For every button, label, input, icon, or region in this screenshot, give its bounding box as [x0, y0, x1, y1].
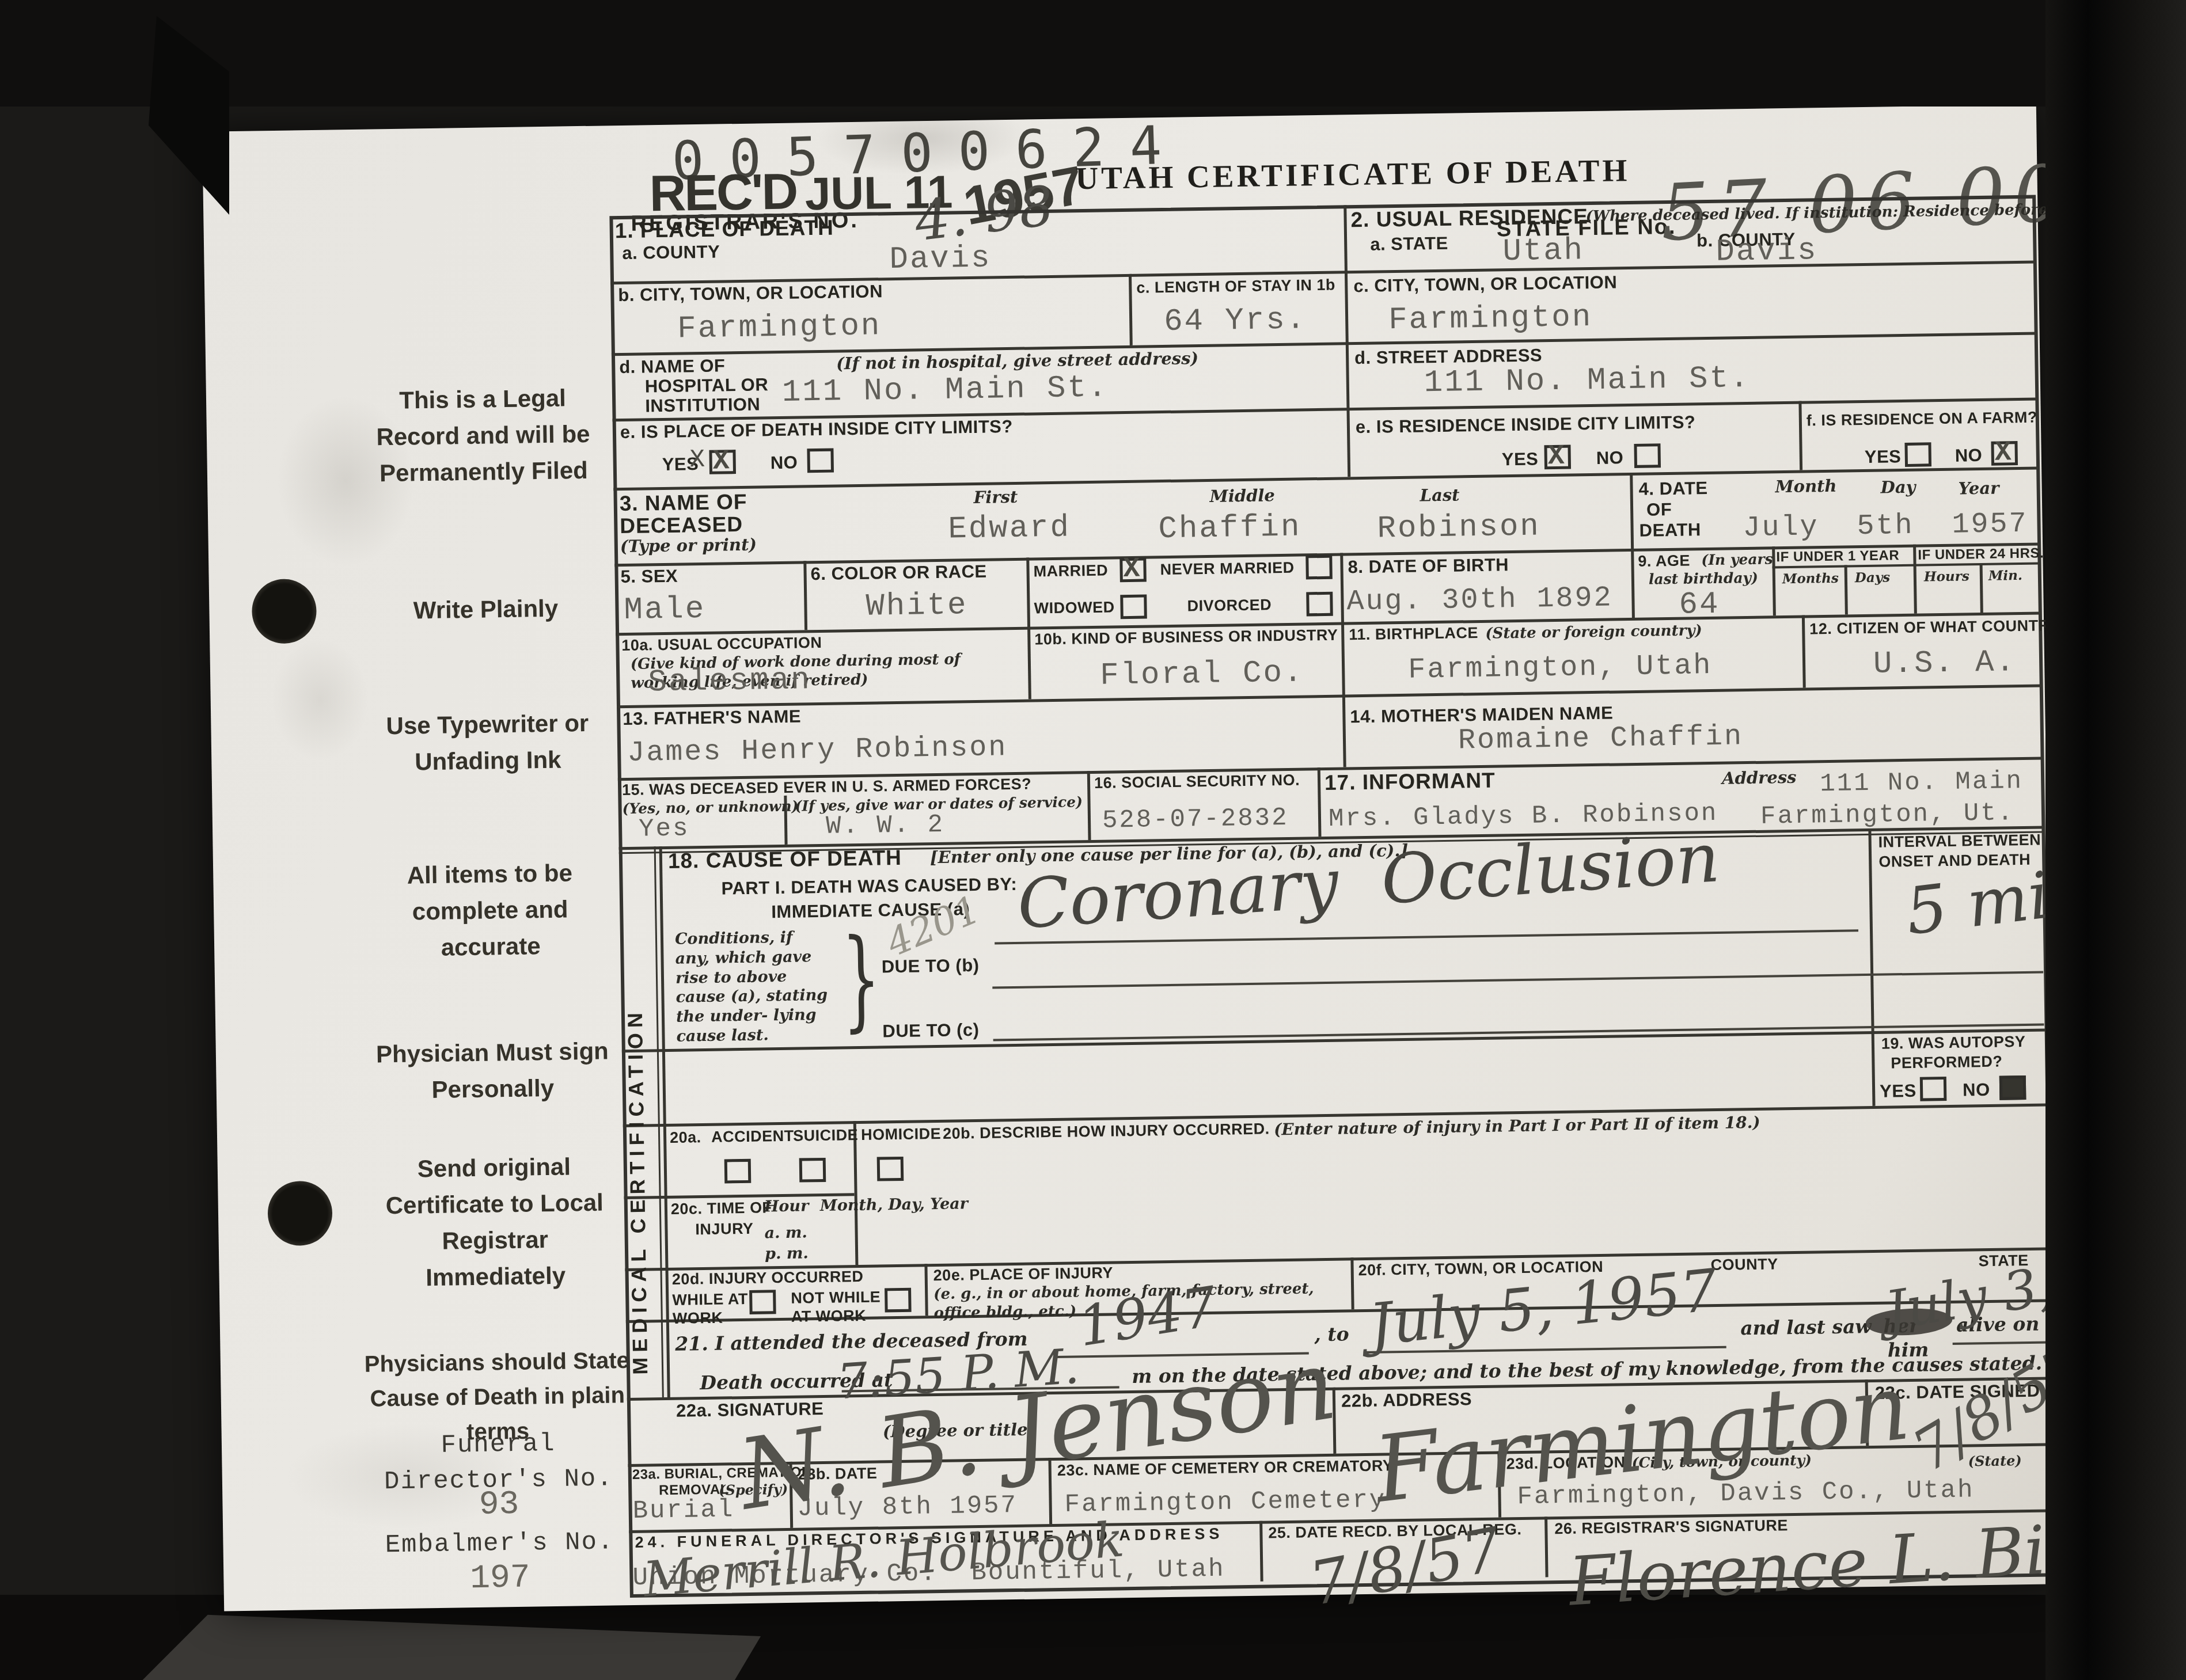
checkbox-married: X — [1119, 558, 1147, 583]
date-of-death-value: July 5th 1957 — [1743, 508, 2028, 545]
state-label: a. STATE — [1370, 233, 1448, 255]
first-name-value: Edward — [948, 510, 1071, 547]
type-or-print-note: (Type or print) — [620, 535, 757, 557]
x-mark: X — [1547, 441, 1565, 472]
year-header: Year — [1958, 478, 1999, 499]
age-note-2: last birthday) — [1649, 569, 1758, 588]
first-name-header: First — [973, 487, 1018, 507]
x-mark: X — [1994, 437, 2012, 468]
residence-city-label: c. CITY, TOWN, OR LOCATION — [1353, 272, 1617, 297]
hospital-label-3: INSTITUTION — [645, 394, 761, 416]
accident-label: ACCIDENT — [711, 1127, 794, 1146]
checkbox-farm-yes — [1904, 442, 1931, 467]
margin-note-legal-record: This is a Legal Record and will be Perma… — [362, 379, 605, 491]
am-label: a. m. — [764, 1223, 807, 1242]
burial-value: Burial — [632, 1495, 734, 1526]
time-of-injury-label-2: INJURY — [695, 1220, 753, 1238]
x-mark: X — [712, 446, 730, 477]
armed-forces-note-1: (Yes, no, or unknown) — [622, 798, 798, 818]
hospital-label-1: d. NAME OF — [619, 355, 726, 378]
at-work-label: AT WORK — [791, 1307, 867, 1326]
margin-note-physician-sign: Physician Must sign Personally — [371, 1032, 614, 1108]
item20a-number: 20a. — [670, 1128, 701, 1147]
race-value: White — [866, 588, 968, 625]
length-of-stay-label: c. LENGTH OF STAY IN 1b — [1136, 276, 1335, 297]
margin-note-write-plainly: Write Plainly — [365, 589, 607, 629]
fathers-name-label: 13. FATHER'S NAME — [623, 706, 801, 729]
checkbox-accident — [724, 1159, 752, 1184]
county-value: Davis — [889, 241, 992, 278]
x-mark: X — [1123, 554, 1140, 585]
checkbox-death-limits-no — [807, 448, 834, 473]
checkbox-suicide — [799, 1158, 826, 1183]
occupation-label: 10a. USUAL OCCUPATION — [621, 634, 822, 655]
sex-value: Male — [624, 592, 706, 628]
name-of-deceased-label-2: DECEASED — [620, 512, 743, 538]
funeral-directors-no-value: 93 — [366, 1484, 632, 1526]
checkbox-residence-limits-yes: X — [1544, 445, 1571, 470]
death-limits-no-label: NO — [770, 452, 798, 473]
street-address-value: 111 No. Main St. — [1424, 361, 1750, 401]
certificate-title: UTAH CERTIFICATE OF DEATH — [1075, 152, 1630, 196]
autopsy-no-label: NO — [1963, 1080, 1990, 1101]
margin-note-send-original: Send original Certificate to Local Regis… — [373, 1147, 617, 1296]
age-value: 64 — [1679, 587, 1720, 623]
homicide-label: HOMICIDE — [861, 1125, 941, 1144]
punch-hole-top — [252, 579, 317, 644]
hours-header: Hours — [1924, 568, 1969, 584]
middle-name-value: Chaffin — [1158, 510, 1301, 548]
informant-label: 17. INFORMANT — [1324, 769, 1496, 795]
fathers-name-value: James Henry Robinson — [627, 731, 1008, 770]
injury-county-header: COUNTY — [1710, 1255, 1778, 1274]
autopsy-label-1: 19. WAS AUTOPSY — [1881, 1033, 2026, 1053]
date-of-death-label-1: 4. DATE — [1638, 478, 1708, 500]
residence-limits-no-label: NO — [1596, 447, 1624, 469]
certificate-paper: 005700624 REC'D JUL 11 1957 REGISTRAR'S … — [202, 105, 2058, 1611]
divorced-label: DIVORCED — [1187, 596, 1272, 615]
checkbox-never-married — [1305, 555, 1333, 580]
suicide-label: SUICIDE — [793, 1126, 858, 1145]
time-of-injury-label-1: 20c. TIME OF — [671, 1199, 772, 1218]
not-while-label: NOT WHILE — [791, 1288, 881, 1307]
widowed-label: WIDOWED — [1034, 598, 1114, 617]
checkbox-homicide — [877, 1157, 904, 1181]
race-label: 6. COLOR OR RACE — [810, 561, 986, 585]
date-of-birth-value: Aug. 30th 1892 — [1346, 582, 1613, 619]
date-of-birth-label: 8. DATE OF BIRTH — [1348, 554, 1509, 577]
background-right-binding — [2045, 0, 2186, 1680]
date-of-death-label-2: OF — [1646, 499, 1672, 520]
place-of-death-title: 1. PLACE OF DEATH — [614, 216, 834, 244]
residence-limits-yes-label: YES — [1502, 448, 1539, 470]
stray-x-mark: X — [689, 446, 707, 474]
checkbox-widowed — [1120, 595, 1147, 619]
county-label: a. COUNTY — [622, 241, 720, 264]
min-header: Min. — [1988, 568, 2022, 584]
while-at-label: WHILE AT — [672, 1290, 748, 1309]
embalmers-no-value: 197 — [367, 1558, 633, 1599]
informant-address-line2: Farmington, Ut. — [1760, 799, 2015, 831]
conditions-note: Conditions, if any, which gave rise to a… — [675, 928, 831, 1046]
month-header: Month — [1775, 476, 1837, 497]
margin-note-typewriter: Use Typewriter or Unfading Ink — [355, 704, 621, 781]
city-value: Farmington — [677, 309, 882, 347]
autopsy-label-2: PERFORMED? — [1891, 1053, 2002, 1073]
residence-city-value: Farmington — [1388, 300, 1593, 338]
checkbox-residence-limits-no — [1634, 443, 1661, 468]
mothers-maiden-name-value: Romaine Chaffin — [1458, 720, 1744, 757]
occupation-value: Salesman — [648, 663, 811, 700]
married-label: MARRIED — [1033, 562, 1108, 581]
scanned-death-certificate: 005700624 REC'D JUL 11 1957 REGISTRAR'S … — [0, 0, 2186, 1680]
sex-label: 5. SEX — [620, 566, 678, 587]
never-married-label: NEVER MARRIED — [1160, 559, 1294, 579]
checkbox-death-limits-yes: X — [709, 450, 736, 474]
if-under-1-year-header: IF UNDER 1 YEAR — [1776, 548, 1899, 565]
cause-of-death-label: 18. CAUSE OF DEATH — [668, 846, 902, 873]
days-header: Days — [1855, 569, 1891, 586]
last-saw-text: and last saw — [1740, 1315, 1872, 1339]
war-service-value: W. W. 2 — [826, 811, 945, 841]
state-value: Utah — [1502, 233, 1585, 269]
margin-note-complete: All items to be complete and accurate — [369, 854, 612, 966]
checkbox-autopsy-no-filled — [1999, 1075, 2026, 1100]
informant-address-line1: 111 No. Main — [1820, 767, 2024, 799]
place-of-injury-label: 20e. PLACE OF INJURY — [933, 1264, 1113, 1285]
ssn-value: 528-07-2832 — [1102, 804, 1289, 835]
last-name-value: Robinson — [1377, 509, 1540, 546]
pm-label: p. m. — [765, 1244, 809, 1263]
brace-glyph: } — [841, 915, 882, 1043]
farm-no-label: NO — [1955, 445, 1983, 466]
day-header: Day — [1880, 477, 1915, 497]
hour-header: Hour — [764, 1197, 809, 1215]
residence-county-value: Davis — [1716, 233, 1818, 270]
armed-forces-value: Yes — [639, 814, 690, 843]
checkbox-while-at-work — [749, 1290, 776, 1314]
checkbox-farm-no: X — [1991, 441, 2018, 466]
hospital-value: 111 No. Main St. — [782, 370, 1109, 410]
due-to-c-label: DUE TO (c) — [882, 1020, 980, 1042]
background-top-band — [0, 0, 2186, 107]
citizen-value: U.S. A. — [1873, 645, 2017, 682]
checkbox-autopsy-yes — [1920, 1077, 1947, 1101]
last-name-header: Last — [1420, 485, 1459, 505]
date-of-death-label-3: DEATH — [1639, 519, 1701, 541]
if-under-24-hrs-header: IF UNDER 24 HRS. — [1918, 545, 2044, 563]
month-day-year-header: Month, Day, Year — [820, 1195, 969, 1215]
age-note-1: (In years — [1701, 550, 1773, 568]
age-label: 9. AGE — [1638, 552, 1690, 571]
informant-address-label: Address — [1722, 767, 1797, 788]
farm-label: f. IS RESIDENCE ON A FARM? — [1807, 409, 2037, 430]
birthplace-value: Farmington, Utah — [1408, 649, 1713, 687]
middle-name-header: Middle — [1209, 485, 1275, 506]
work-label: WORK — [673, 1309, 723, 1328]
industry-value: Floral Co. — [1100, 655, 1304, 693]
injury-occurred-label: 20d. INJURY OCCURRED — [672, 1268, 864, 1288]
due-to-b-label: DUE TO (b) — [881, 955, 979, 978]
interval-label-1: INTERVAL BETWEEN — [1878, 831, 2041, 852]
autopsy-yes-label: YES — [1880, 1081, 1916, 1102]
punch-hole-bottom — [267, 1181, 333, 1246]
ssn-label: 16. SOCIAL SECURITY NO. — [1094, 771, 1300, 792]
birthplace-note: (State or foreign country) — [1485, 622, 1702, 643]
city-label: b. CITY, TOWN, OR LOCATION — [618, 281, 883, 306]
usual-residence-title: 2. USUAL RESIDENCE — [1350, 204, 1588, 232]
checkbox-divorced — [1306, 592, 1333, 617]
length-of-stay-value: 64 Yrs. — [1164, 302, 1307, 340]
months-header: Months — [1782, 571, 1839, 587]
birthplace-label: 11. BIRTHPLACE — [1349, 624, 1478, 644]
farm-yes-label: YES — [1865, 446, 1902, 467]
hospital-label-2: HOSPITAL OR — [644, 374, 768, 397]
checkbox-not-while-at-work — [885, 1288, 912, 1313]
